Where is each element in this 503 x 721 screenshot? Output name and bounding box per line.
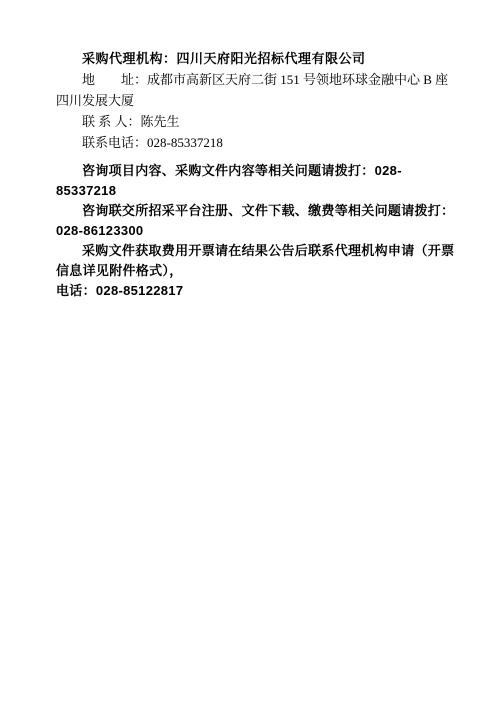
agency-address-row: 地 址：成都市高新区天府二街 151 号领地环球金融中心 B 座四川发展大厦: [56, 69, 460, 111]
agency-phone-row: 联系电话：028-85337218: [56, 132, 460, 153]
note-invoice-phone-line: 电话：028-85122817: [56, 281, 460, 301]
note-platform-registration-line: 咨询联交所招采平台注册、文件下载、缴费等相关问题请拨打：028-86123300: [56, 201, 460, 241]
document-page: 采购代理机构：四川天府阳光招标代理有限公司 地 址：成都市高新区天府二街 151…: [0, 0, 503, 721]
address-label: 地 址：: [82, 72, 147, 87]
note-invoice-request-line: 采购文件获取费用开票请在结果公告后联系代理机构申请（开票信息详见附件格式），: [56, 241, 460, 281]
consultation-notes-section: 咨询项目内容、采购文件内容等相关问题请拨打：028-85337218 咨询联交所…: [56, 161, 460, 301]
phone-value: 028-85337218: [147, 135, 223, 150]
agency-title: 采购代理机构：四川天府阳光招标代理有限公司: [56, 48, 460, 69]
agency-info-section: 采购代理机构：四川天府阳光招标代理有限公司 地 址：成都市高新区天府二街 151…: [56, 48, 460, 153]
contact-person-value: 陈先生: [141, 114, 180, 129]
note-project-content-line: 咨询项目内容、采购文件内容等相关问题请拨打：028-85337218: [56, 161, 460, 201]
agency-contact-person-row: 联 系 人：陈先生: [56, 111, 460, 132]
contact-person-label: 联 系 人：: [82, 114, 141, 129]
phone-label: 联系电话：: [82, 135, 147, 150]
